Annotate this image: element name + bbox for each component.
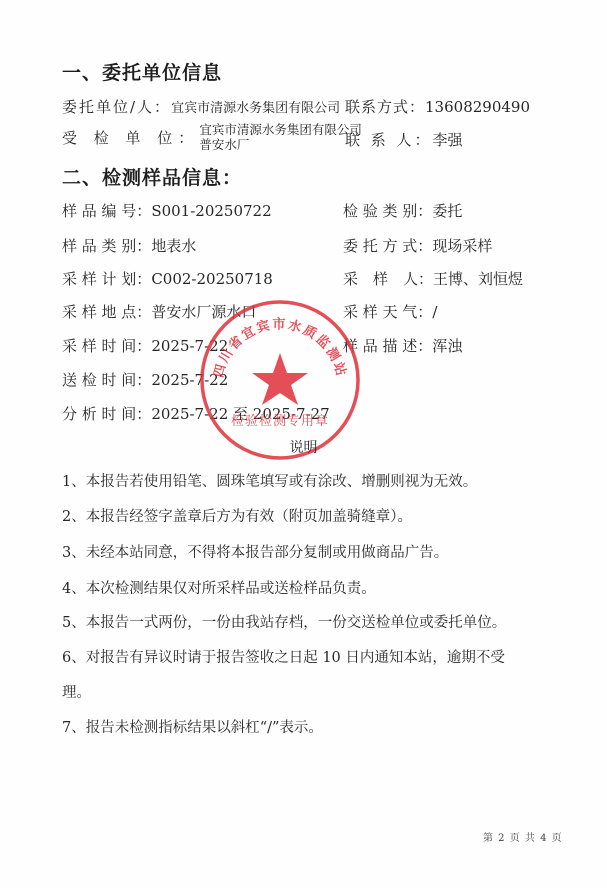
note-item: 3、未经本站同意，不得将本报告部分复制或用做商品广告。 [62, 541, 448, 562]
contact-method-row: 联系方式：13608290490 [345, 96, 530, 117]
inspection-type-row: 检 验 类 别：委托 [343, 200, 462, 221]
submission-time-row: 送 检 时 间：2025-7-22 [62, 369, 228, 390]
field-label: 样 品 编 号： [62, 200, 151, 221]
contact-person-value: 李强 [433, 129, 463, 150]
note-item: 6、对报告有异议时请于报告签收之日起 10 日内通知本站，逾期不受 [62, 646, 505, 667]
field-label: 样 品 描 述： [343, 335, 432, 356]
sample-id-row: 样 品 编 号：S001-20250722 [62, 200, 272, 221]
sample-type-row: 样 品 类 别：地表水 [62, 235, 196, 256]
field-label: 检 验 类 别： [343, 200, 432, 221]
inspected-row: 受 检 单 位：宜宾市清源水务集团有限公司普安水厂 [62, 122, 362, 152]
field-value: 浑浊 [432, 335, 462, 356]
analysis-time-row: 分 析 时 间：2025-7-22 至 2025-7-27 [62, 403, 330, 424]
star-icon [252, 353, 308, 405]
field-value: 普安水厂源水口 [151, 301, 256, 322]
weather-row: 采 样 天 气：/ [343, 301, 437, 322]
stamp-ring-text: 四川省宜宾市水质监测站 [212, 317, 350, 380]
client-row: 委托单位/人：宜宾市清源水务集团有限公司 [62, 96, 340, 117]
notes-title: 说明 [0, 437, 607, 457]
sampling-time-row: 采 样 时 间：2025-7-22 [62, 335, 228, 356]
field-value: 2025-7-22 至 2025-7-27 [151, 403, 329, 424]
note-item: 理。 [62, 681, 91, 702]
inspected-label: 受 检 单 位： [62, 127, 199, 148]
field-value: / [432, 303, 437, 321]
report-page: 一、委托单位信息 委托单位/人：宜宾市清源水务集团有限公司 联系方式：13608… [0, 0, 607, 888]
section1-title: 一、委托单位信息 [62, 58, 222, 85]
section2-title: 二、检测样品信息： [62, 163, 242, 190]
client-value: 宜宾市清源水务集团有限公司 [171, 97, 340, 116]
field-value: S001-20250722 [151, 202, 271, 220]
field-value: C002-20250718 [151, 270, 273, 288]
field-value: 地表水 [151, 235, 196, 256]
field-label: 采 样 天 气： [343, 301, 432, 322]
field-value: 2025-7-22 [151, 371, 228, 389]
field-label: 委 托 方 式： [343, 235, 432, 256]
field-value: 王博、刘恒煜 [433, 268, 523, 289]
sampling-location-row: 采 样 地 点：普安水厂源水口 [62, 301, 256, 322]
note-item: 4、本次检测结果仅对所采样品或送检样品负责。 [62, 577, 376, 598]
note-item: 7、报告未检测指标结果以斜杠“/”表示。 [62, 716, 323, 737]
contact-method-label: 联系方式： [345, 96, 425, 117]
field-value: 委托 [432, 200, 462, 221]
field-label: 样 品 类 别： [62, 235, 151, 256]
inspected-value: 宜宾市清源水务集团有限公司普安水厂 [199, 122, 362, 152]
note-item: 1、本报告若使用铅笔、圆珠笔填写或有涂改、增删则视为无效。 [62, 470, 477, 491]
field-label: 采 样 时 间： [62, 335, 151, 356]
sample-description-row: 样 品 描 述：浑浊 [343, 335, 462, 356]
field-label: 采 样 地 点： [62, 301, 151, 322]
field-label: 分 析 时 间： [62, 403, 151, 424]
note-item: 2、本报告经签字盖章后方为有效（附页加盖骑缝章）。 [62, 505, 412, 526]
sampling-plan-row: 采 样 计 划：C002-20250718 [62, 268, 273, 289]
client-label: 委托单位/人： [62, 96, 171, 117]
field-label: 采 样 计 划： [62, 268, 151, 289]
field-label: 采 样 人： [343, 268, 433, 289]
commission-method-row: 委 托 方 式：现场采样 [343, 235, 492, 256]
svg-text:四川省宜宾市水质监测站: 四川省宜宾市水质监测站 [212, 317, 350, 380]
field-label: 送 检 时 间： [62, 369, 151, 390]
inspected-value-line1: 宜宾市清源水务集团有限公司 [199, 122, 362, 137]
note-item: 5、本报告一式两份，一份由我站存档，一份交送检单位或委托单位。 [62, 611, 506, 632]
contact-method-value: 13608290490 [425, 98, 530, 116]
contact-person-label: 联 系 人： [345, 129, 433, 150]
contact-person-row: 联 系 人：李强 [345, 129, 463, 150]
field-value: 2025-7-22 [151, 337, 228, 355]
inspected-value-line2: 普安水厂 [199, 137, 249, 152]
sampler-row: 采 样 人：王博、刘恒煜 [343, 268, 523, 289]
page-number: 第 2 页 共 4 页 [483, 829, 563, 844]
field-value: 现场采样 [432, 235, 492, 256]
